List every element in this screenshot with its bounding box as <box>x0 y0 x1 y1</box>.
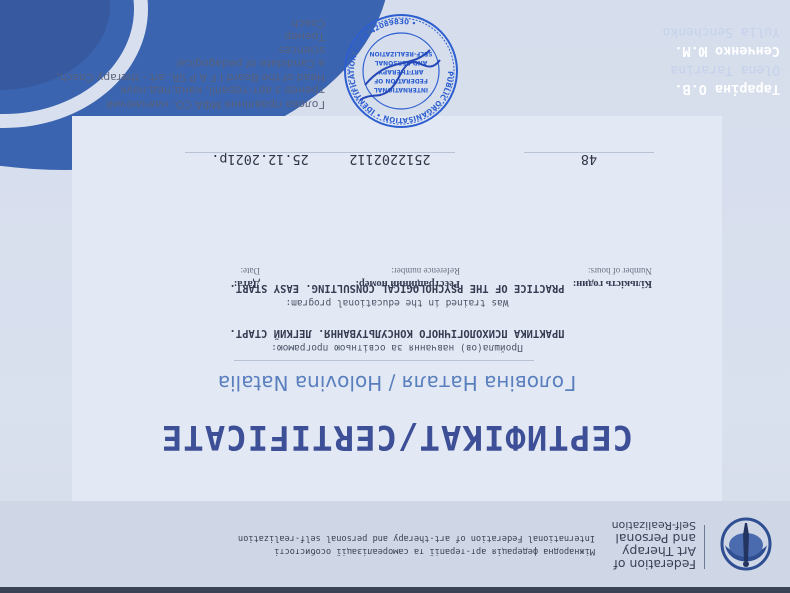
signatory-1-name-uk: Тарарiна О.В. <box>663 79 780 98</box>
stamp-line: INTERNATIONAL <box>374 86 428 93</box>
hours-value: 48 <box>524 151 654 167</box>
certificate-holder-name: Головіна Наталя / Holovina Natalia <box>72 371 722 395</box>
program-name-uk: ПРАКТИКА ПСИХОЛОГІЧНОГО КОНСУЛЬТУВАННЯ. … <box>72 327 722 339</box>
brand-name: Federation of Art Therapy and Personal S… <box>612 519 696 571</box>
organization-full-name: Міжнародна федерація арт-терапії та само… <box>238 531 595 557</box>
date-underline <box>185 152 335 153</box>
reference-underline <box>325 152 455 153</box>
trained-label-uk: Пройшла(ов) навчання за освітньою програ… <box>72 342 722 353</box>
signatory-names: Тарарiна О.В. Olena Tararina Сенченко Ю.… <box>663 22 780 98</box>
certificate-title: СЕРТИФІКАТ/CERTIFICATE <box>72 417 722 457</box>
signatory-2-name-uk: Сенченко Ю.М. <box>663 41 780 60</box>
field-hours: Кількість годин: Number of hours: <box>573 266 652 289</box>
certificate-header: Federation of Art Therapy and Personal S… <box>0 501 790 587</box>
date-value: 25.12.2021р. <box>185 151 335 167</box>
art-therapy-figure-icon <box>717 515 775 575</box>
head-of-board-description: Голова правління МФА СО, навчаючий трене… <box>56 17 325 112</box>
hours-underline <box>524 152 654 153</box>
stamp-line: FEDERATION OF <box>374 77 428 84</box>
holder-underline <box>234 360 534 361</box>
field-reference-number: Реєстраційний номер: Reference number: <box>355 266 460 289</box>
organization-name-uk: Міжнародна федерація арт-терапії та само… <box>238 544 595 557</box>
organization-name-en: International Federation of art-therapy … <box>238 531 595 544</box>
signatory-2-name-en: Yulia Senchenko <box>663 22 780 41</box>
certificate-sheet: Federation of Art Therapy and Personal S… <box>0 0 790 593</box>
reference-number-value: 2512202112 <box>325 151 455 167</box>
official-stamp-icon: PUBLIC ORGANISATION • IDENTIFICATION COD… <box>342 12 460 130</box>
signatory-1-name-en: Olena Tararina <box>663 60 780 79</box>
certificate-body: СЕРТИФІКАТ/CERTIFICATE Головіна Наталя /… <box>72 116 722 501</box>
field-date: Дата: Date: <box>234 266 260 289</box>
logo-divider <box>704 525 705 569</box>
trained-label-en: Was trained in the educational program: <box>72 297 722 308</box>
certificate-photo: Federation of Art Therapy and Personal S… <box>0 0 790 593</box>
photo-background-edge <box>0 587 790 593</box>
